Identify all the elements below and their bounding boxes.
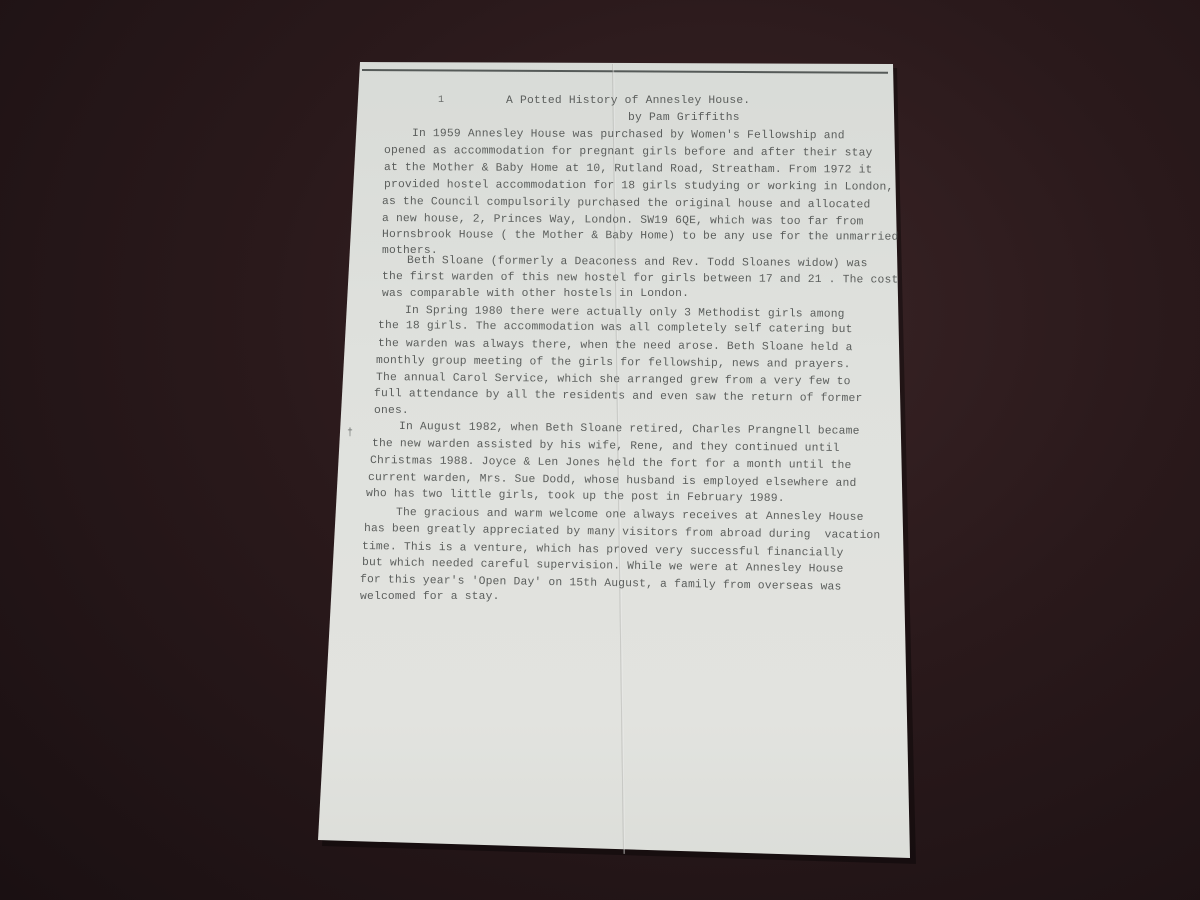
body-line: welcomed for a stay. — [360, 591, 500, 603]
margin-mark: † — [347, 428, 353, 439]
page-marker: 1 — [438, 95, 444, 106]
body-line: opened as accommodation for pregnant gir… — [384, 145, 873, 160]
body-line: In 1959 Annesley House was purchased by … — [412, 128, 845, 142]
document-byline: by Pam Griffiths — [628, 112, 740, 124]
body-line: ones. — [374, 405, 409, 417]
document-title: A Potted History of Annesley House. — [506, 95, 750, 107]
body-line: was comparable with other hostels in Lon… — [382, 288, 689, 300]
body-line: at the Mother & Baby Home at 10, Rutland… — [384, 162, 873, 177]
